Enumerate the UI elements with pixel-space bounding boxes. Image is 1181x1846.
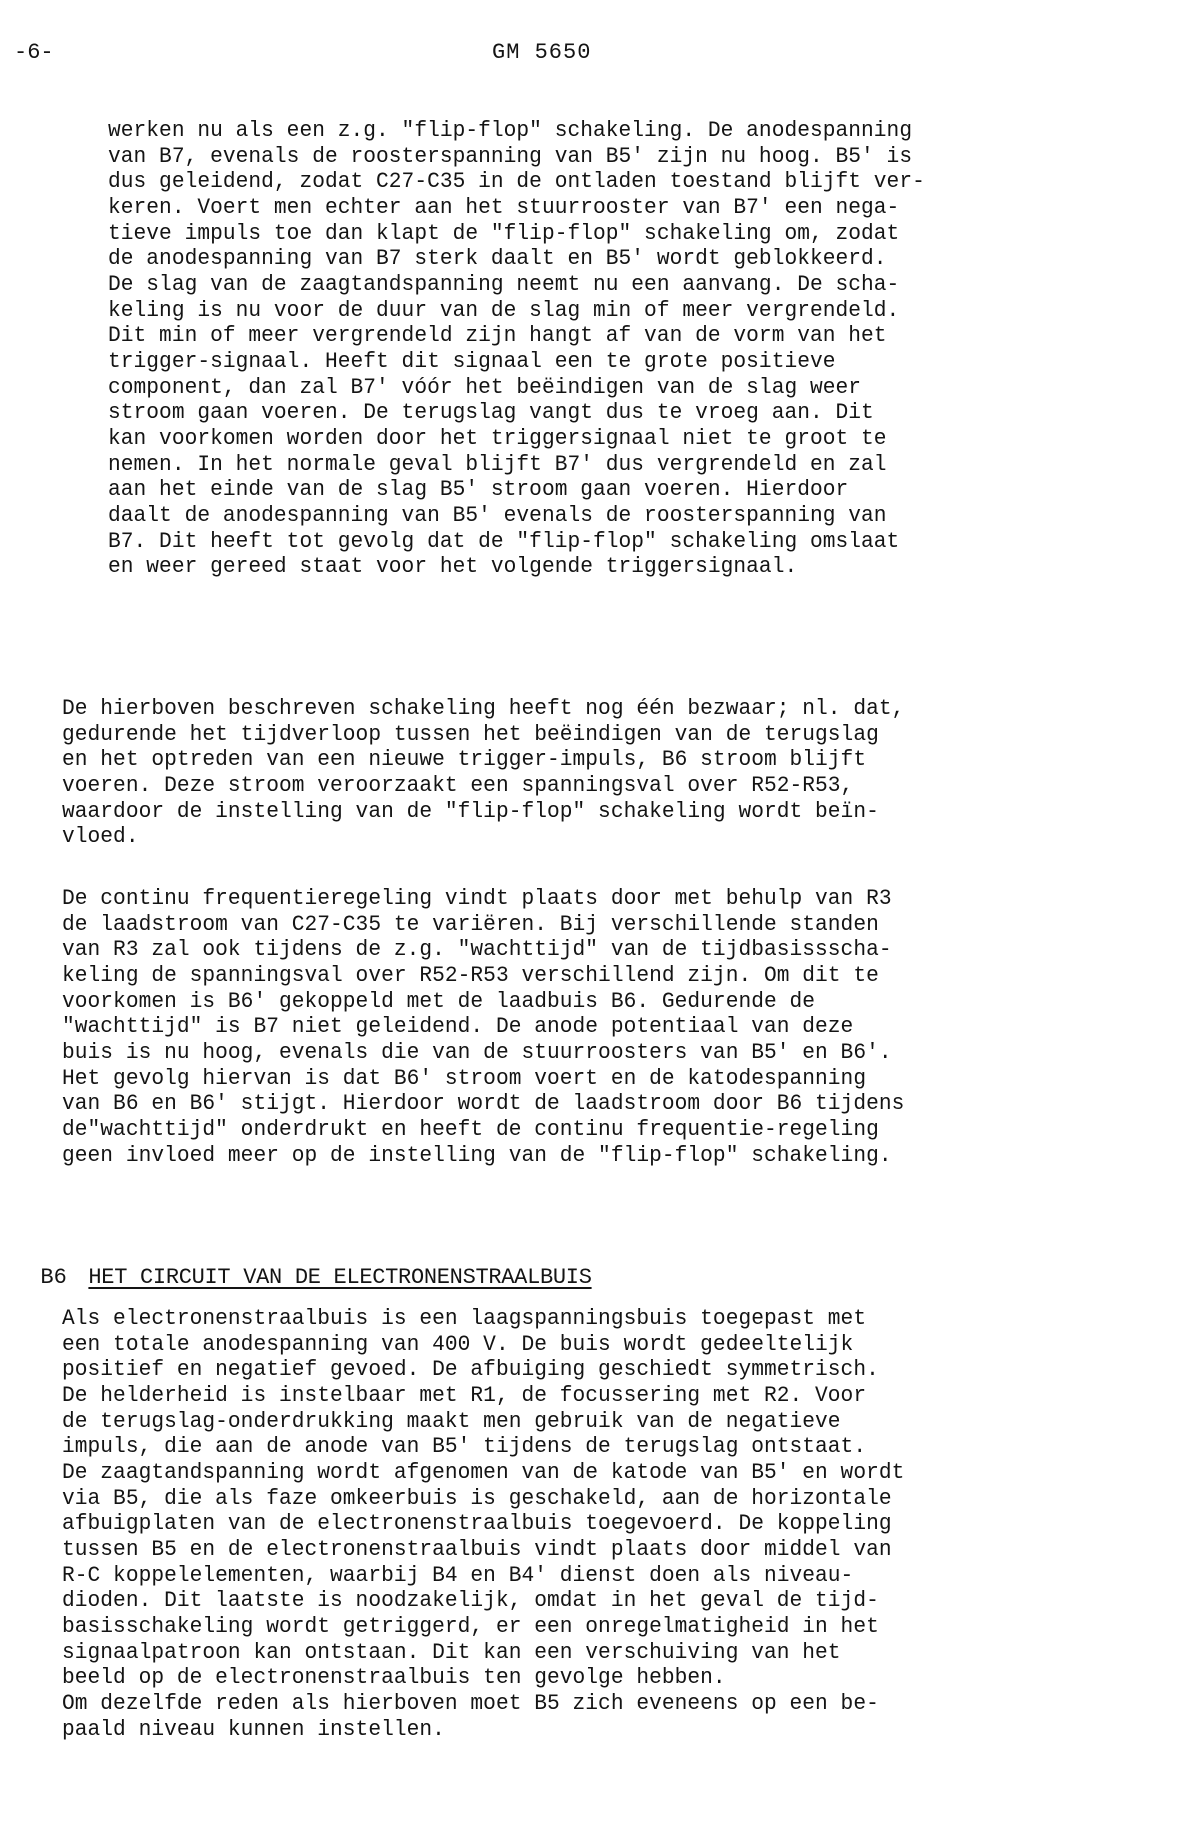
- text-line: De slag van de zaagtandspanning neemt nu…: [108, 272, 925, 298]
- text-line: daalt de anodespanning van B5' evenals d…: [108, 503, 925, 529]
- text-line: van R3 zal ook tijdens de z.g. "wachttij…: [62, 937, 904, 963]
- text-line: voeren. Deze stroom veroorzaakt een span…: [62, 773, 904, 799]
- text-line: vloed.: [62, 824, 904, 850]
- text-line: tussen B5 en de electronenstraalbuis vin…: [62, 1537, 904, 1563]
- text-line: Als electronenstraalbuis is een laagspan…: [62, 1306, 904, 1332]
- text-line: aan het einde van de slag B5' stroom gaa…: [108, 477, 925, 503]
- text-line: De hierboven beschreven schakeling heeft…: [62, 696, 904, 722]
- text-line: signaalpatroon kan ontstaan. Dit kan een…: [62, 1640, 904, 1666]
- text-line: De continu frequentieregeling vindt plaa…: [62, 886, 904, 912]
- text-line: van B7, evenals de roosterspanning van B…: [108, 144, 925, 170]
- document-code: GM 5650: [492, 40, 591, 65]
- text-line: en het optreden van een nieuwe trigger-i…: [62, 747, 904, 773]
- text-line: De zaagtandspanning wordt afgenomen van …: [62, 1460, 904, 1486]
- paragraph-flip-flop-operation: werken nu als een z.g. "flip-flop" schak…: [108, 118, 963, 580]
- text-line: stroom gaan voeren. De terugslag vangt d…: [108, 400, 925, 426]
- paragraph-crt-circuit: Als electronenstraalbuis is een laagspan…: [62, 1306, 944, 1742]
- text-line: paald niveau kunnen instellen.: [62, 1717, 904, 1743]
- section-title: HET CIRCUIT VAN DE ELECTRONENSTRAALBUIS: [88, 1265, 591, 1290]
- text-line: de"wachttijd" onderdrukt en heeft de con…: [62, 1117, 904, 1143]
- text-line: Het gevolg hiervan is dat B6' stroom voe…: [62, 1066, 904, 1092]
- section-number: B6: [40, 1265, 88, 1290]
- text-line: buis is nu hoog, evenals die van de stuu…: [62, 1040, 904, 1066]
- text-line: component, dan zal B7' vóór het beëindig…: [108, 375, 925, 401]
- text-line: en weer gereed staat voor het volgende t…: [108, 554, 925, 580]
- text-line: de anodespanning van B7 sterk daalt en B…: [108, 246, 925, 272]
- page-number: -6-: [14, 40, 54, 65]
- text-line: positief en negatief gevoed. De afbuigin…: [62, 1357, 904, 1383]
- text-line: Dit min of meer vergrendeld zijn hangt a…: [108, 323, 925, 349]
- text-line: via B5, die als faze omkeerbuis is gesch…: [62, 1486, 904, 1512]
- text-line: waardoor de instelling van de "flip-flop…: [62, 799, 904, 825]
- text-line: nemen. In het normale geval blijft B7' d…: [108, 452, 925, 478]
- text-line: de terugslag-onderdrukking maakt men geb…: [62, 1409, 904, 1435]
- text-line: "wachttijd" is B7 niet geleidend. De ano…: [62, 1014, 904, 1040]
- text-line: R-C koppelelementen, waarbij B4 en B4' d…: [62, 1563, 904, 1589]
- text-line: een totale anodespanning van 400 V. De b…: [62, 1332, 904, 1358]
- paragraph-drawback: De hierboven beschreven schakeling heeft…: [62, 696, 944, 850]
- text-line: de laadstroom van C27-C35 te variëren. B…: [62, 912, 904, 938]
- text-line: kan voorkomen worden door het triggersig…: [108, 426, 925, 452]
- text-line: De helderheid is instelbaar met R1, de f…: [62, 1383, 904, 1409]
- text-line: keren. Voert men echter aan het stuurroo…: [108, 195, 925, 221]
- page-header: -6- GM 5650: [0, 40, 1181, 70]
- text-line: basisschakeling wordt getriggerd, er een…: [62, 1614, 904, 1640]
- text-line: tieve impuls toe dan klapt de "flip-flop…: [108, 221, 925, 247]
- text-line: voorkomen is B6' gekoppeld met de laadbu…: [62, 989, 904, 1015]
- text-line: geen invloed meer op de instelling van d…: [62, 1143, 904, 1169]
- text-line: van B6 en B6' stijgt. Hierdoor wordt de …: [62, 1091, 904, 1117]
- text-line: B7. Dit heeft tot gevolg dat de "flip-fl…: [108, 529, 925, 555]
- text-line: Om dezelfde reden als hierboven moet B5 …: [62, 1691, 904, 1717]
- text-line: impuls, die aan de anode van B5' tijdens…: [62, 1434, 904, 1460]
- text-line: keling is nu voor de duur van de slag mi…: [108, 298, 925, 324]
- paragraph-frequency-control: De continu frequentieregeling vindt plaa…: [62, 886, 944, 1168]
- text-line: afbuigplaten van de electronenstraalbuis…: [62, 1511, 904, 1537]
- text-line: dus geleidend, zodat C27-C35 in de ontla…: [108, 169, 925, 195]
- text-line: beeld op de electronenstraalbuis ten gev…: [62, 1665, 904, 1691]
- text-line: dioden. Dit laatste is noodzakelijk, omd…: [62, 1588, 904, 1614]
- text-line: werken nu als een z.g. "flip-flop" schak…: [108, 118, 925, 144]
- section-heading: B6HET CIRCUIT VAN DE ELECTRONENSTRAALBUI…: [14, 1240, 592, 1290]
- text-line: keling de spanningsval over R52-R53 vers…: [62, 963, 904, 989]
- text-line: trigger-signaal. Heeft dit signaal een t…: [108, 349, 925, 375]
- text-line: gedurende het tijdverloop tussen het beë…: [62, 722, 904, 748]
